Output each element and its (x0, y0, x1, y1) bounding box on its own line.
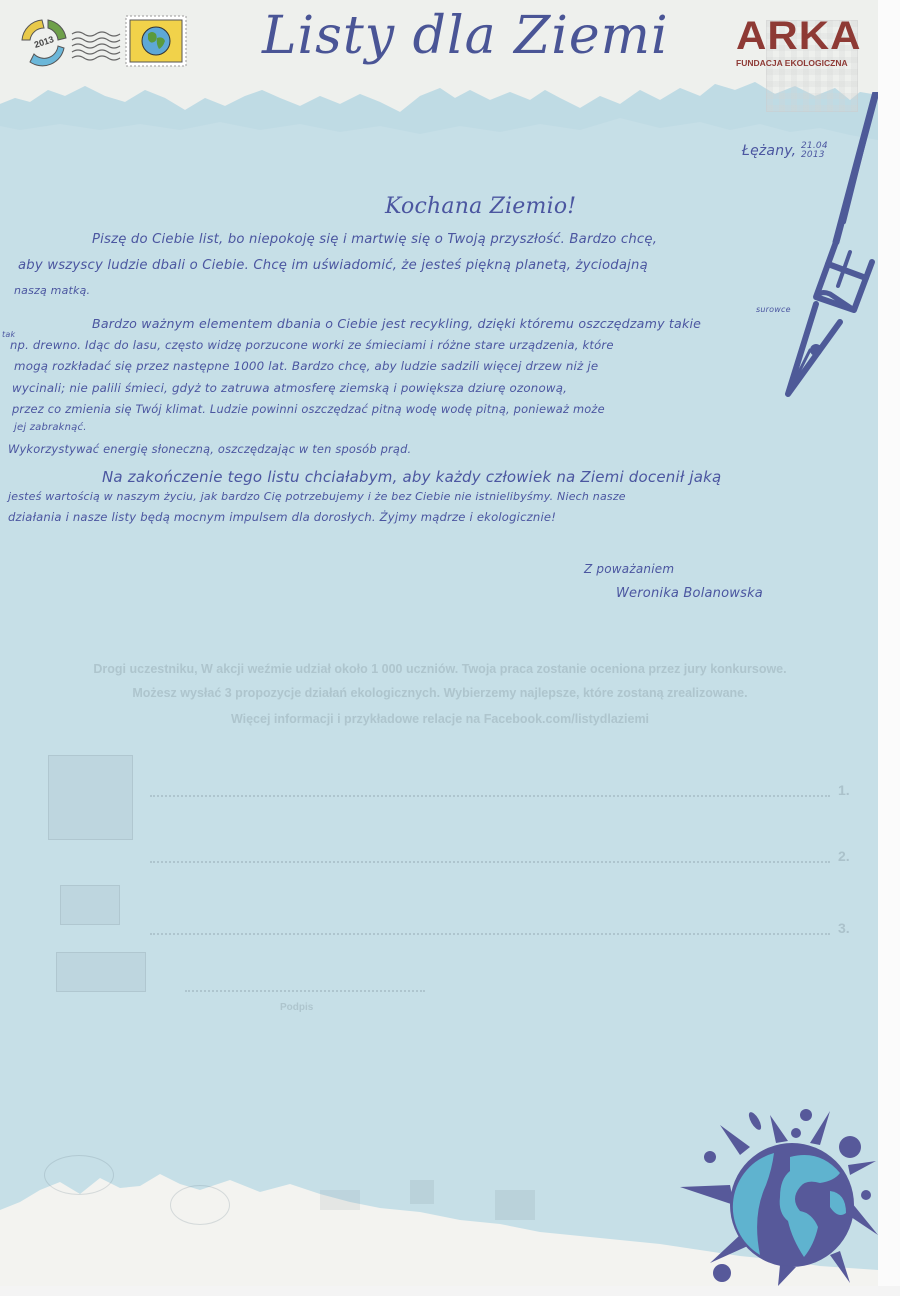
postmark-wave-lines (72, 32, 120, 60)
fountain-pen-illustration (780, 92, 878, 412)
form-item-number: 3. (838, 920, 850, 936)
sponsor-logo-ghost (495, 1190, 535, 1220)
letter-line: działania i nasze listy będą mocnym impu… (8, 510, 556, 524)
letter-greeting: Kochana Ziemio! (385, 194, 576, 219)
facebook-logo-ghost (56, 952, 146, 992)
fsc-logo-ghost (60, 885, 120, 925)
letter-line: jesteś wartością w naszym życiu, jak bar… (8, 490, 626, 503)
letter-line: Na zakończenie tego listu chciałabym, ab… (102, 468, 721, 486)
letter-line: Piszę do Ciebie list, bo niepokoję się i… (92, 232, 657, 247)
form-item-line (150, 933, 830, 935)
svg-text:2013: 2013 (33, 34, 55, 50)
form-intro-line: Możesz wysłać 3 propozycje działań ekolo… (20, 686, 860, 700)
sponsor-logo-ghost (410, 1180, 434, 1204)
form-item-number: 2. (838, 848, 850, 864)
form-intro-line: Więcej informacji i przykładowe relacje … (20, 712, 860, 726)
date-line-2: 2013 (801, 150, 825, 160)
letter-sheet: 2013 Listy dla Ziemi ARKA FUNDACJA EKOLO… (0, 0, 878, 1286)
arka-logo-name: ARKA (736, 16, 852, 56)
signature-line (185, 990, 425, 992)
letter-line: wycinali; nie palili śmieci, gdyż to zat… (12, 381, 567, 395)
place: Łężany, (742, 143, 796, 159)
sponsor-logo-ghost (44, 1155, 114, 1195)
form-item-line (150, 795, 830, 797)
letter-line: Bardzo ważnym elementem dbania o Ciebie … (92, 316, 701, 331)
qr-code-ghost (48, 755, 133, 840)
scan-edge (878, 0, 900, 1296)
arka-logo: ARKA FUNDACJA EKOLOGICZNA (736, 16, 846, 68)
signature-label: Podpis (280, 1002, 313, 1013)
letter-signature: Weronika Bolanowska (616, 586, 763, 601)
scan-edge (0, 1286, 900, 1296)
letter-line: aby wszyscy ludzie dbali o Ciebie. Chcę … (18, 258, 648, 273)
insert-note: surowce (756, 305, 791, 314)
form-item-line (150, 861, 830, 863)
listy-dla-ziemi-stamp-logo: 2013 (14, 12, 194, 72)
ink-splash-globe-illustration (680, 1095, 878, 1286)
sponsor-logo-ghost (320, 1190, 360, 1210)
letter-line: mogą rozkładać się przez następne 1000 l… (14, 359, 598, 373)
letter-line: naszą matką. (14, 284, 90, 297)
letter-closing: Z poważaniem (584, 562, 674, 576)
recycle-ring-icon: 2013 (22, 20, 66, 66)
letter-line: Wykorzystywać energię słoneczną, oszczęd… (8, 442, 411, 456)
arka-logo-subtitle: FUNDACJA EKOLOGICZNA (736, 58, 846, 68)
globe-stamp-icon (126, 16, 186, 66)
form-intro-line: Drogi uczestniku, W akcji weźmie udział … (20, 662, 860, 676)
sponsor-logo-ghost (170, 1185, 230, 1225)
letter-line: jej zabraknąć. (14, 422, 87, 433)
page-title: Listy dla Ziemi (262, 6, 642, 96)
form-item-number: 1. (838, 782, 850, 798)
place-date: Łężany, 21.04 2013 (742, 142, 828, 160)
letter-line: np. drewno. Idąc do lasu, często widzę p… (10, 338, 614, 352)
letter-line: przez co zmienia się Twój klimat. Ludzie… (12, 402, 605, 416)
